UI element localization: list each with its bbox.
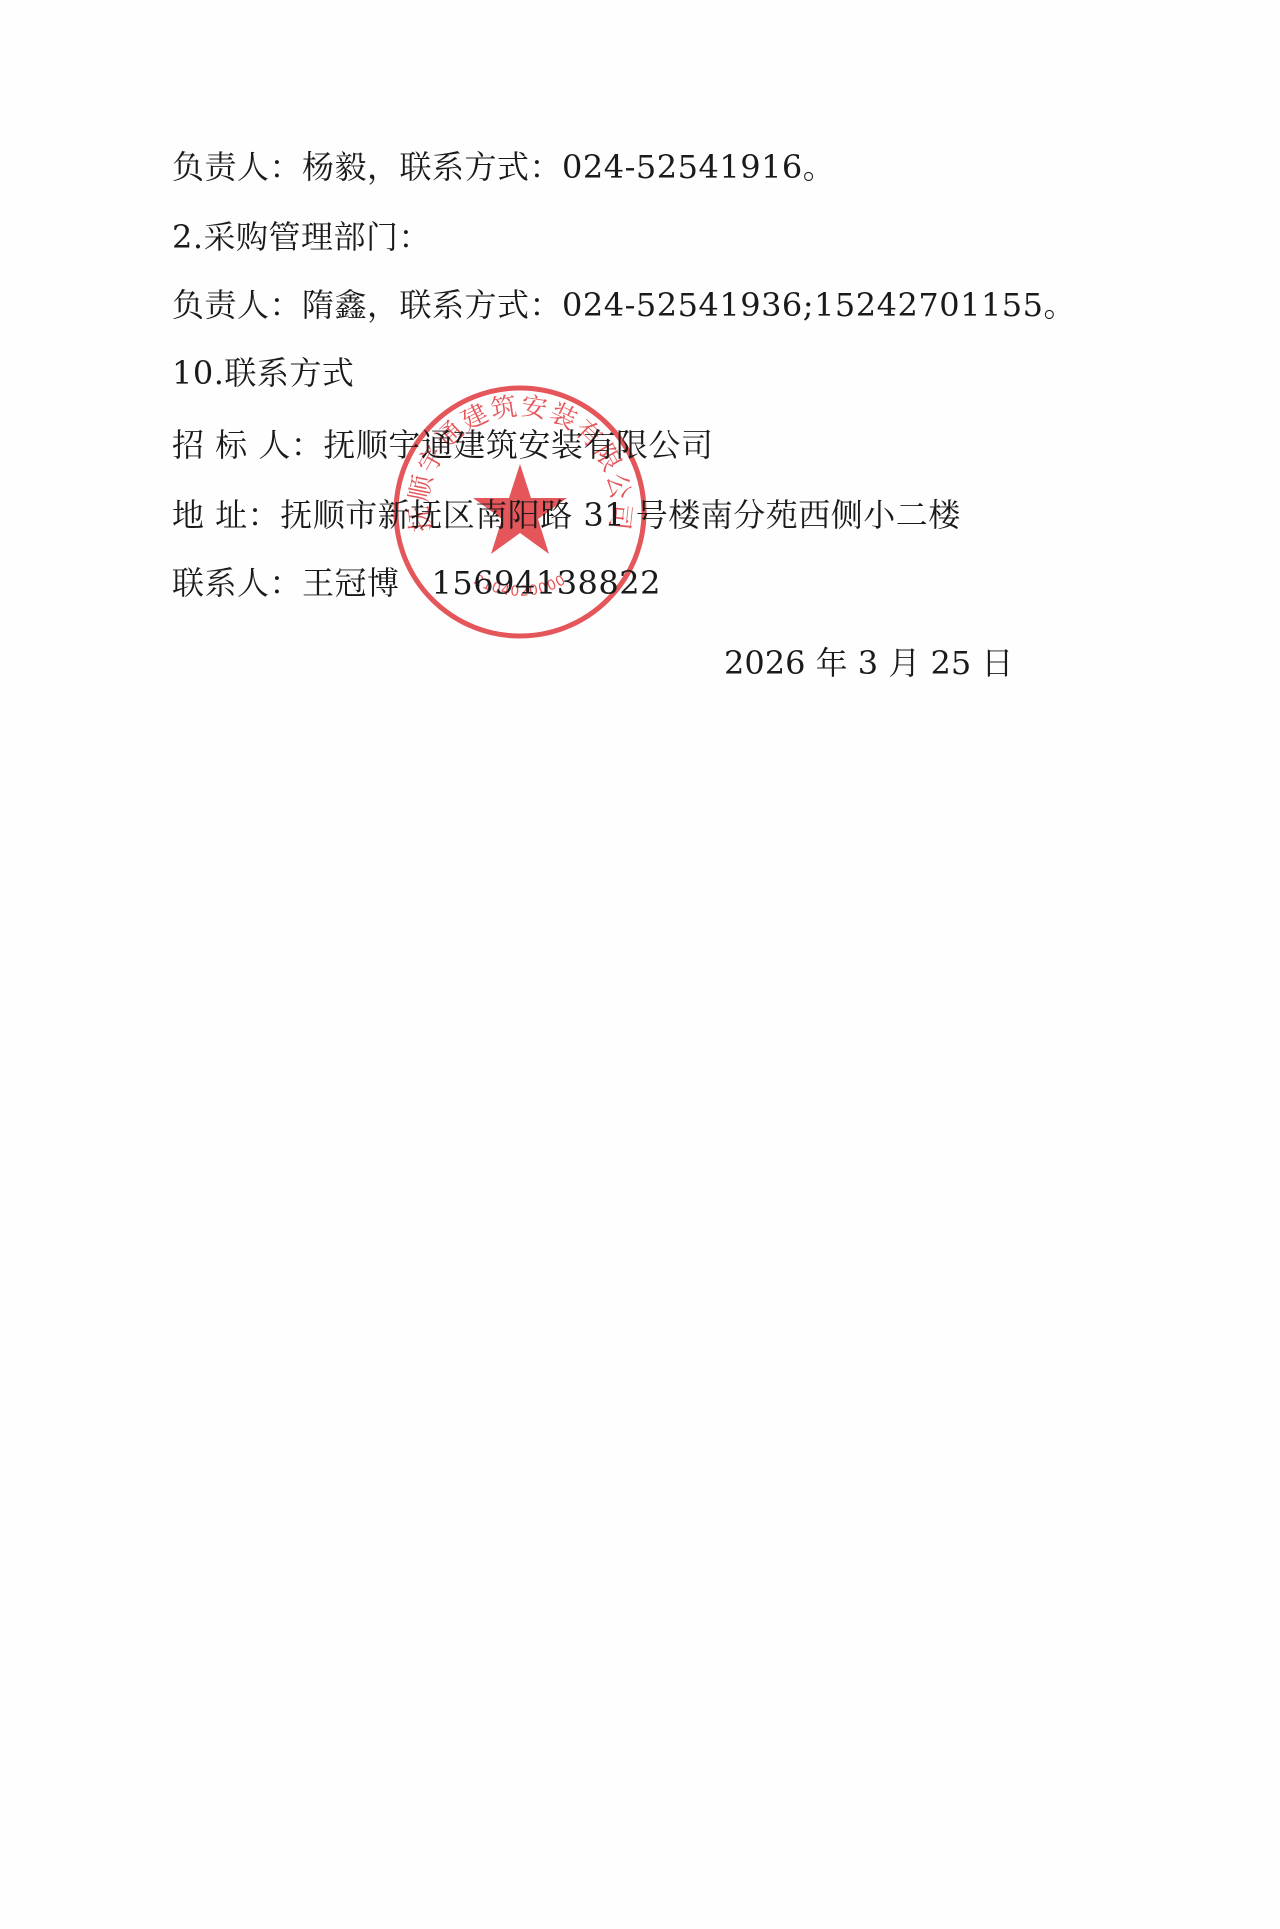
responsible-person-line-1: 负责人：杨毅，联系方式：024-52541916。 (172, 147, 835, 187)
line-label: 负责人： (172, 286, 302, 324)
document-page: 负责人：杨毅，联系方式：024-52541916。 2.采购管理部门： 负责人：… (0, 0, 1280, 1929)
line-value: 抚顺市新抚区南阳路 31 号楼南分苑西侧小二楼 (280, 496, 961, 534)
procurement-dept-heading: 2.采购管理部门： (172, 217, 431, 257)
document-date: 2026 年 3 月 25 日 (724, 643, 1013, 683)
responsible-person-line-2: 负责人：隋鑫，联系方式：024-52541936;15242701155。 (172, 285, 1076, 325)
line-value: 2.采购管理部门： (172, 218, 431, 256)
contact-person-line: 联系人：王冠博 15694138822 (172, 563, 661, 603)
line-value: 10.联系方式 (172, 354, 354, 392)
contact-section-heading: 10.联系方式 (172, 353, 354, 393)
line-label: 负责人： (172, 148, 302, 186)
line-value: 杨毅，联系方式：024-52541916。 (302, 148, 835, 186)
line-label: 地 址： (172, 496, 280, 534)
line-label: 联系人： (172, 564, 302, 602)
line-value: 抚顺宇通建筑安装有限公司 (323, 426, 713, 464)
address-line: 地 址：抚顺市新抚区南阳路 31 号楼南分苑西侧小二楼 (172, 495, 961, 535)
line-label: 招 标 人： (172, 426, 323, 464)
line-value: 王冠博 15694138822 (302, 564, 661, 602)
tenderer-line: 招 标 人：抚顺宇通建筑安装有限公司 (172, 425, 713, 465)
line-value: 隋鑫，联系方式：024-52541936;15242701155。 (302, 286, 1076, 324)
